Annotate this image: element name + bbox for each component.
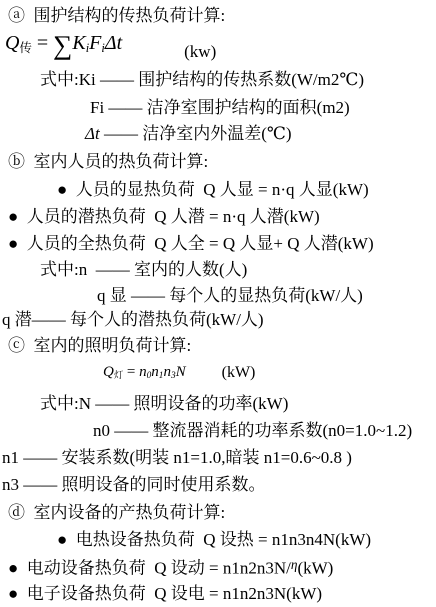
document-page: ⓐ 围护结构的传热负荷计算:Q传 = ∑KiFiΔt(kw)式中:Ki —— 围… — [0, 0, 436, 607]
legend-ki: 式中:Ki —— 围护结构的传热系数(W/m2℃) — [40, 70, 364, 90]
section-c-heading-run: ⓒ 室内的照明负荷计算: — [8, 336, 191, 355]
bullet-person-latent-load-run: ● 人员的潜热负荷 Q 人潜 = n·q 人潜(kW) — [8, 207, 320, 226]
legend-fi-run: Fi —— 洁净室围护结构的面积(m2) — [90, 98, 350, 117]
formula-lighting-load-run: n — [151, 364, 159, 380]
formula-envelope-heat-load-run: Δt — [105, 32, 122, 54]
formula-lighting-load-run: (kW) — [222, 364, 256, 381]
section-a-heading-run: ⓐ 围护结构的传热负荷计算: — [8, 6, 225, 25]
bullet-electric-heating-equipment-load-run: ● 电热设备热负荷 Q 设热 = n1n3n4N(kW) — [57, 530, 371, 549]
formula-envelope-heat-load-run: (kw) — [184, 42, 216, 61]
bullet-person-total-load-run: ● 人员的全热负荷 Q 人全 = Q 人显+ Q 人潜(kW) — [8, 234, 374, 253]
legend-n-lighting-run: 式中:N —— 照明设备的功率(kW) — [40, 394, 288, 413]
formula-lighting-load-run: = — [123, 364, 139, 380]
legend-q-sensible: q 显 —— 每个人的显热负荷(kW/人) — [97, 286, 363, 306]
formula-lighting-load-run: 灯 — [114, 371, 123, 381]
formula-lighting-load-run: n — [163, 364, 171, 380]
formula-envelope-heat-load-run: Q — [5, 32, 19, 54]
legend-q-sensible-run: q 显 —— 每个人的显热负荷(kW/人) — [97, 286, 363, 305]
bullet-electronic-equipment-load-run: ● 电子设备热负荷 Q 设电 = n1n2n3N(kW) — [8, 584, 322, 603]
formula-lighting-load-run: n — [139, 364, 147, 380]
formula-envelope-heat-load-run: ∑ — [53, 30, 72, 60]
formula-envelope-heat-load-run: = — [32, 32, 53, 54]
bullet-person-sensible-load: ● 人员的显热负荷 Q 人显 = n·q 人显(kW) — [57, 180, 369, 200]
section-d-heading: ⓓ 室内设备的产热负荷计算: — [8, 503, 225, 523]
legend-delta-t-run: Δt — [85, 124, 100, 143]
formula-envelope-heat-load: Q传 = ∑KiFiΔt(kw) — [5, 30, 216, 61]
legend-fi: Fi —— 洁净室围护结构的面积(m2) — [90, 98, 350, 118]
legend-delta-t-run: —— 洁净室内外温差(℃) — [100, 124, 292, 143]
formula-envelope-heat-load-run: K — [72, 32, 85, 54]
legend-n0-run: n0 —— 整流器消耗的功率系数(n0=1.0~1.2) — [93, 421, 412, 440]
bullet-electric-heating-equipment-load: ● 电热设备热负荷 Q 设热 = n1n3n4N(kW) — [57, 530, 371, 550]
formula-lighting-load-run: N — [176, 364, 186, 380]
bullet-person-latent-load: ● 人员的潜热负荷 Q 人潜 = n·q 人潜(kW) — [8, 207, 320, 227]
formula-lighting-load-run: Q — [103, 364, 114, 380]
legend-n1: n1 —— 安装系数(明装 n1=1.0,暗装 n1=0.6~0.8 ) — [2, 448, 352, 468]
bullet-electronic-equipment-load: ● 电子设备热负荷 Q 设电 = n1n2n3N(kW) — [8, 584, 322, 604]
legend-q-latent-run: q 潜—— 每个人的潜热负荷(kW/人) — [2, 310, 264, 329]
section-b-heading: ⓑ 室内人员的热负荷计算: — [8, 152, 208, 172]
bullet-person-total-load: ● 人员的全热负荷 Q 人全 = Q 人显+ Q 人潜(kW) — [8, 234, 374, 254]
legend-ki-run: 式中:Ki —— 围护结构的传热系数(W/m2℃) — [40, 70, 364, 89]
formula-lighting-load: Q灯 = n0n1n3N(kW) — [103, 363, 255, 382]
bullet-motor-equipment-load: ● 电动设备热负荷 Q 设动 = n1n2n3N/η(kW) — [8, 557, 333, 578]
legend-n0: n0 —— 整流器消耗的功率系数(n0=1.0~1.2) — [93, 421, 412, 441]
formula-envelope-heat-load-run: 传 — [19, 41, 31, 55]
legend-n3: n3 —— 照明设备的同时使用系数。 — [2, 475, 266, 495]
section-b-heading-run: ⓑ 室内人员的热负荷计算: — [8, 152, 208, 171]
legend-n: 式中:n —— 室内的人数(人) — [40, 260, 247, 280]
bullet-person-sensible-load-run: ● 人员的显热负荷 Q 人显 = n·q 人显(kW) — [57, 180, 369, 199]
bullet-motor-equipment-load-run: ● 电动设备热负荷 Q 设动 = n1n2n3N/ — [8, 559, 291, 578]
formula-envelope-heat-load-run: F — [89, 32, 101, 54]
legend-n3-run: n3 —— 照明设备的同时使用系数。 — [2, 475, 266, 494]
legend-n-lighting: 式中:N —— 照明设备的功率(kW) — [40, 394, 288, 414]
legend-n1-run: n1 —— 安装系数(明装 n1=1.0,暗装 n1=0.6~0.8 ) — [2, 448, 352, 467]
legend-delta-t: Δt —— 洁净室内外温差(℃) — [85, 124, 292, 144]
legend-q-latent: q 潜—— 每个人的潜热负荷(kW/人) — [2, 310, 264, 330]
legend-n-run: 式中:n —— 室内的人数(人) — [40, 260, 247, 279]
section-a-heading: ⓐ 围护结构的传热负荷计算: — [8, 6, 225, 26]
section-c-heading: ⓒ 室内的照明负荷计算: — [8, 336, 191, 356]
section-d-heading-run: ⓓ 室内设备的产热负荷计算: — [8, 503, 225, 522]
bullet-motor-equipment-load-run: (kW) — [297, 559, 333, 578]
